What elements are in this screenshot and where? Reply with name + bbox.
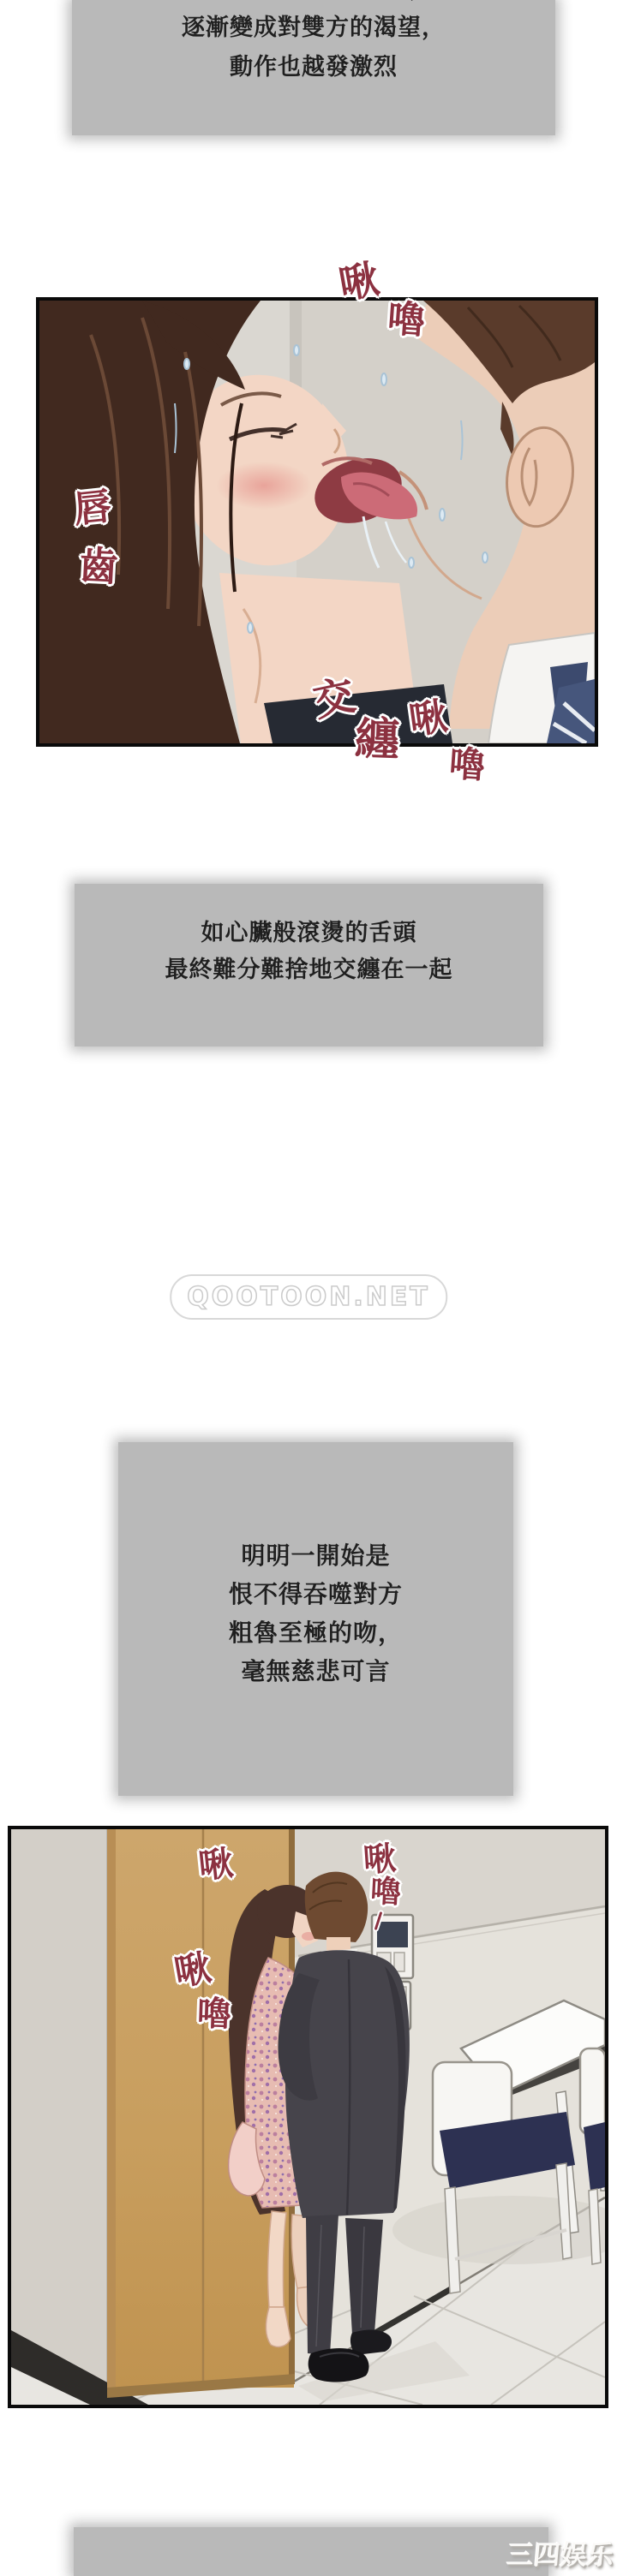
site-watermark: QOOTOON.NET — [170, 1274, 447, 1320]
caption-line: 明明一開始是 — [118, 1536, 513, 1575]
left-wall — [11, 1829, 107, 2405]
caption-line: 逐漸變成對雙方的渴望， — [72, 9, 555, 48]
sfx-kiss-sound: 啾 — [362, 1842, 398, 1877]
sfx-kiss-sound: 嚕 — [196, 1996, 231, 2031]
sfx-kiss-sound: 啾 — [172, 1950, 214, 1992]
caption-line-clipped: 原本只是單純的親吻， — [72, 0, 555, 9]
caption-line: 粗魯至極的吻， — [118, 1613, 513, 1652]
publisher-watermark: 三四娱乐 — [506, 2533, 615, 2572]
sfx-kiss-sound: 嚕 — [386, 301, 427, 341]
comic-page: 原本只是單純的親吻， 逐漸變成對雙方的渴望， 動作也越發激烈 — [0, 0, 617, 2576]
sfx-kiss-sound: 啾 — [336, 259, 381, 304]
woman-leg — [268, 2211, 286, 2307]
caption-box-4 — [74, 2527, 548, 2576]
caption-line: 如心臟般滾燙的舌頭 — [75, 915, 543, 951]
sfx-lips-word: 唇 — [72, 488, 113, 529]
sfx-lips-word: 齒 — [78, 546, 119, 587]
caption-line: 毫無慈悲可言 — [118, 1652, 513, 1690]
sfx-kiss-sound: 啾 — [197, 1846, 235, 1884]
caption-line: 動作也越發激烈 — [72, 48, 555, 87]
caption-box-2: 如心臟般滾燙的舌頭 最終難分難捨地交纏在一起 — [75, 884, 543, 1046]
caption-line: 恨不得吞噬對方 — [118, 1575, 513, 1613]
sfx-kiss-sound: 嚕 — [448, 746, 487, 784]
sfx-kiss-sound: 嚕 — [369, 1876, 402, 1909]
sfx-tangle-word: 纏 — [354, 717, 400, 763]
panel-2-hallway — [8, 1826, 608, 2408]
sfx-kiss-sound: 啾 — [407, 698, 450, 741]
sfx-tangle-word: 交 — [310, 675, 359, 724]
caption-box-1: 原本只是單純的親吻， 逐漸變成對雙方的渴望， 動作也越發激烈 — [72, 0, 555, 135]
hallway-artwork — [11, 1829, 605, 2405]
caption-box-3: 明明一開始是 恨不得吞噬對方 粗魯至極的吻， 毫無慈悲可言 — [118, 1442, 513, 1796]
caption-line: 最終難分難捨地交纏在一起 — [75, 951, 543, 988]
